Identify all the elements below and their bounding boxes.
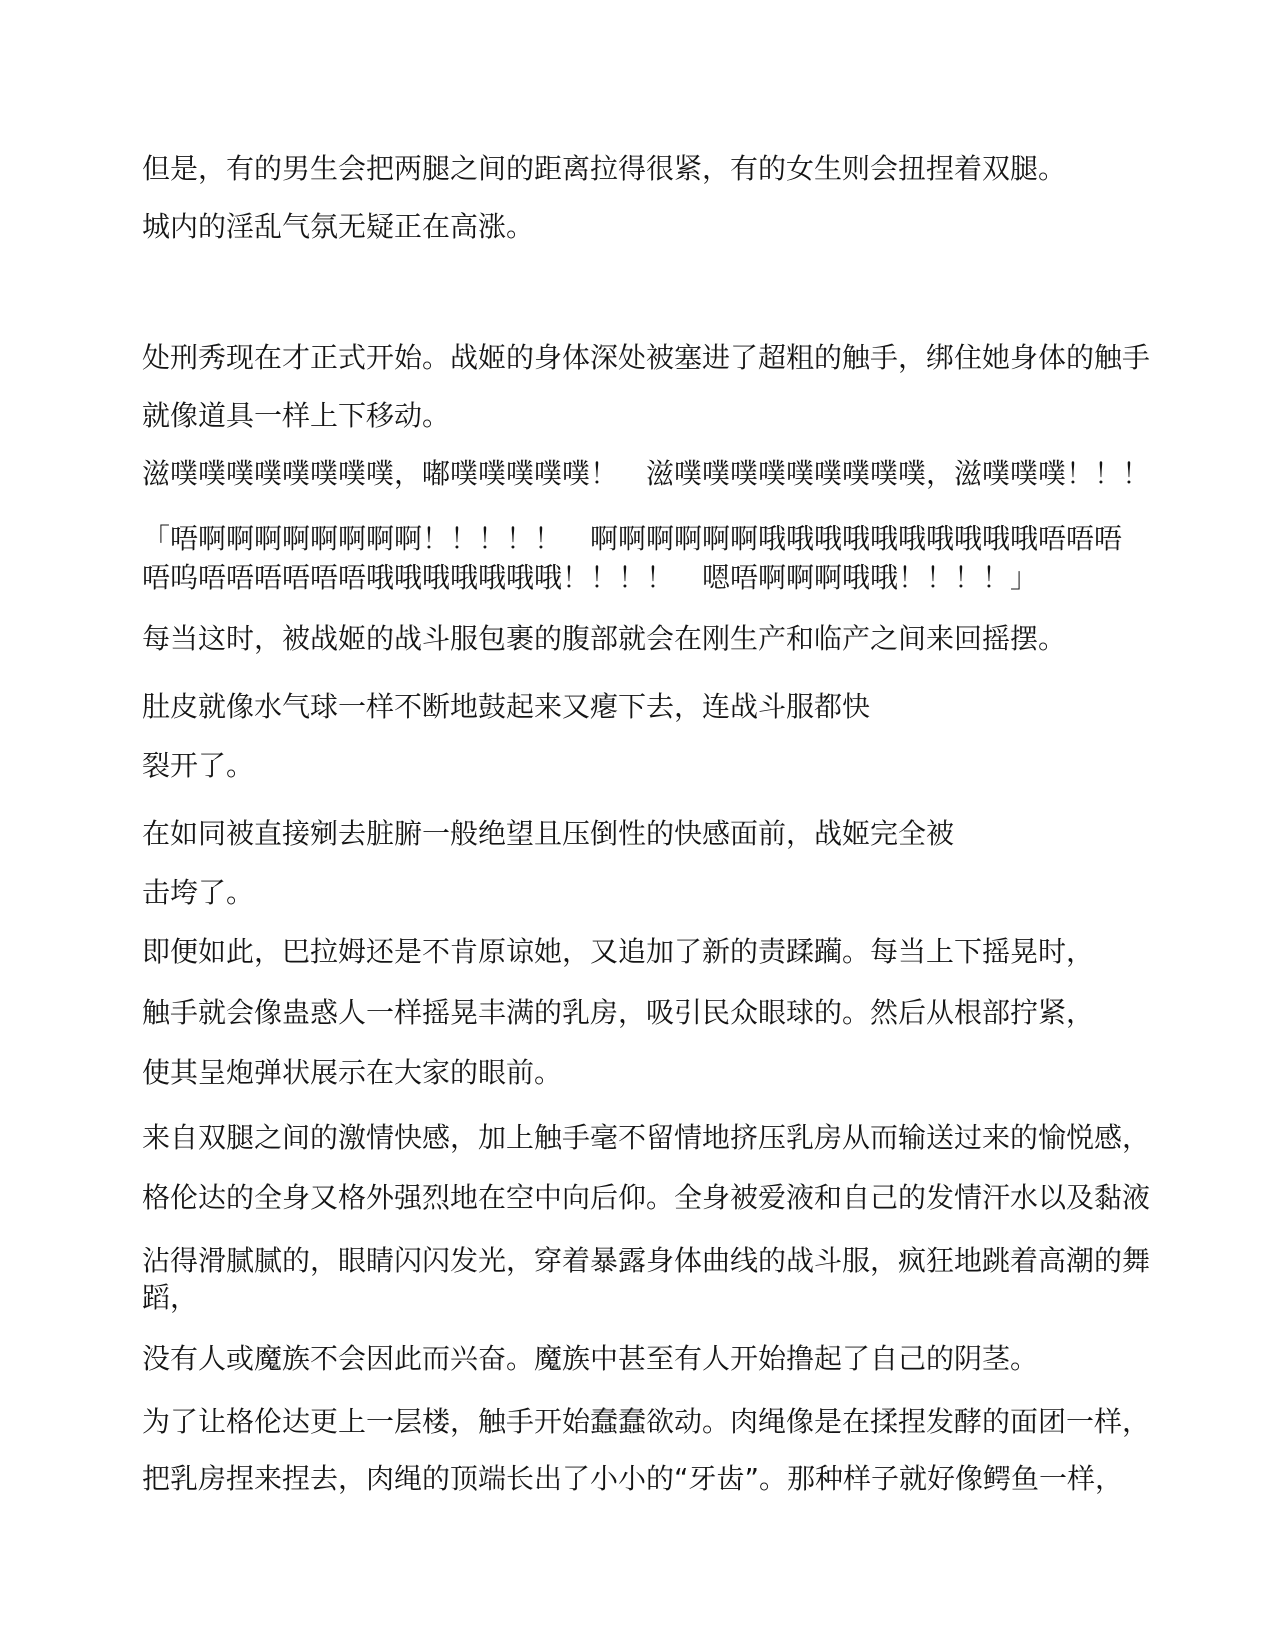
text-line: 沾得滑腻腻的，眼睛闪闪发光，穿着暴露身体曲线的战斗服，疯狂地跳着高潮的舞 xyxy=(142,1245,1150,1277)
text-line-quote: 「唔啊啊啊啊啊啊啊啊！！！！！ 啊啊啊啊啊啊哦哦哦哦哦哦哦哦哦哦唔唔唔 xyxy=(142,523,1122,555)
text-line: 使其呈炮弹状展示在大家的眼前。 xyxy=(142,1057,562,1089)
text-line: 在如同被直接剜去脏腑一般绝望且压倒性的快感面前，战姬完全被 xyxy=(142,818,954,850)
text-line: 触手就会像蛊惑人一样摇晃丰满的乳房，吸引民众眼球的。然后从根部拧紧， xyxy=(142,997,1094,1029)
text-line: 把乳房捏来捏去，肉绳的顶端长出了小小的“牙齿”。那种样子就好像鳄鱼一样， xyxy=(142,1463,1123,1495)
text-line: 就像道具一样上下移动。 xyxy=(142,400,450,432)
text-line: 击垮了。 xyxy=(142,877,254,909)
text-line-quote: 唔呜唔唔唔唔唔唔哦哦哦哦哦哦哦！！！！ 嗯唔啊啊啊哦哦！！！！」 xyxy=(142,562,1038,594)
text-line: 格伦达的全身又格外强烈地在空中向后仰。全身被爱液和自己的发情汗水以及黏液 xyxy=(142,1182,1150,1214)
document-page: 但是，有的男生会把两腿之间的距离拉得很紧，有的女生则会扭捏着双腿。 城内的淫乱气… xyxy=(0,0,1275,1650)
text-line: 蹈， xyxy=(142,1282,198,1314)
text-line: 处刑秀现在才正式开始。战姬的身体深处被塞进了超粗的触手，绑住她身体的触手 xyxy=(142,342,1150,374)
text-line: 但是，有的男生会把两腿之间的距离拉得很紧，有的女生则会扭捏着双腿。 xyxy=(142,153,1066,185)
text-line: 来自双腿之间的激情快感，加上触手毫不留情地挤压乳房从而输送过来的愉悦感， xyxy=(142,1122,1150,1154)
text-line: 每当这时，被战姬的战斗服包裹的腹部就会在刚生产和临产之间来回摇摆。 xyxy=(142,623,1066,655)
text-line: 城内的淫乱气氛无疑正在高涨。 xyxy=(142,211,534,243)
text-line: 即便如此，巴拉姆还是不肯原谅她，又追加了新的责蹂躏。每当上下摇晃时， xyxy=(142,936,1094,968)
text-line-sfx: 滋噗噗噗噗噗噗噗噗，嘟噗噗噗噗噗！ 滋噗噗噗噗噗噗噗噗噗，滋噗噗噗！！！ xyxy=(142,458,1150,490)
text-line: 肚皮就像水气球一样不断地鼓起来又瘪下去，连战斗服都快 xyxy=(142,691,870,723)
text-line: 裂开了。 xyxy=(142,750,254,782)
text-line: 为了让格伦达更上一层楼，触手开始蠢蠢欲动。肉绳像是在揉捏发酵的面团一样， xyxy=(142,1406,1150,1438)
text-line: 没有人或魔族不会因此而兴奋。魔族中甚至有人开始撸起了自己的阴茎。 xyxy=(142,1343,1038,1375)
